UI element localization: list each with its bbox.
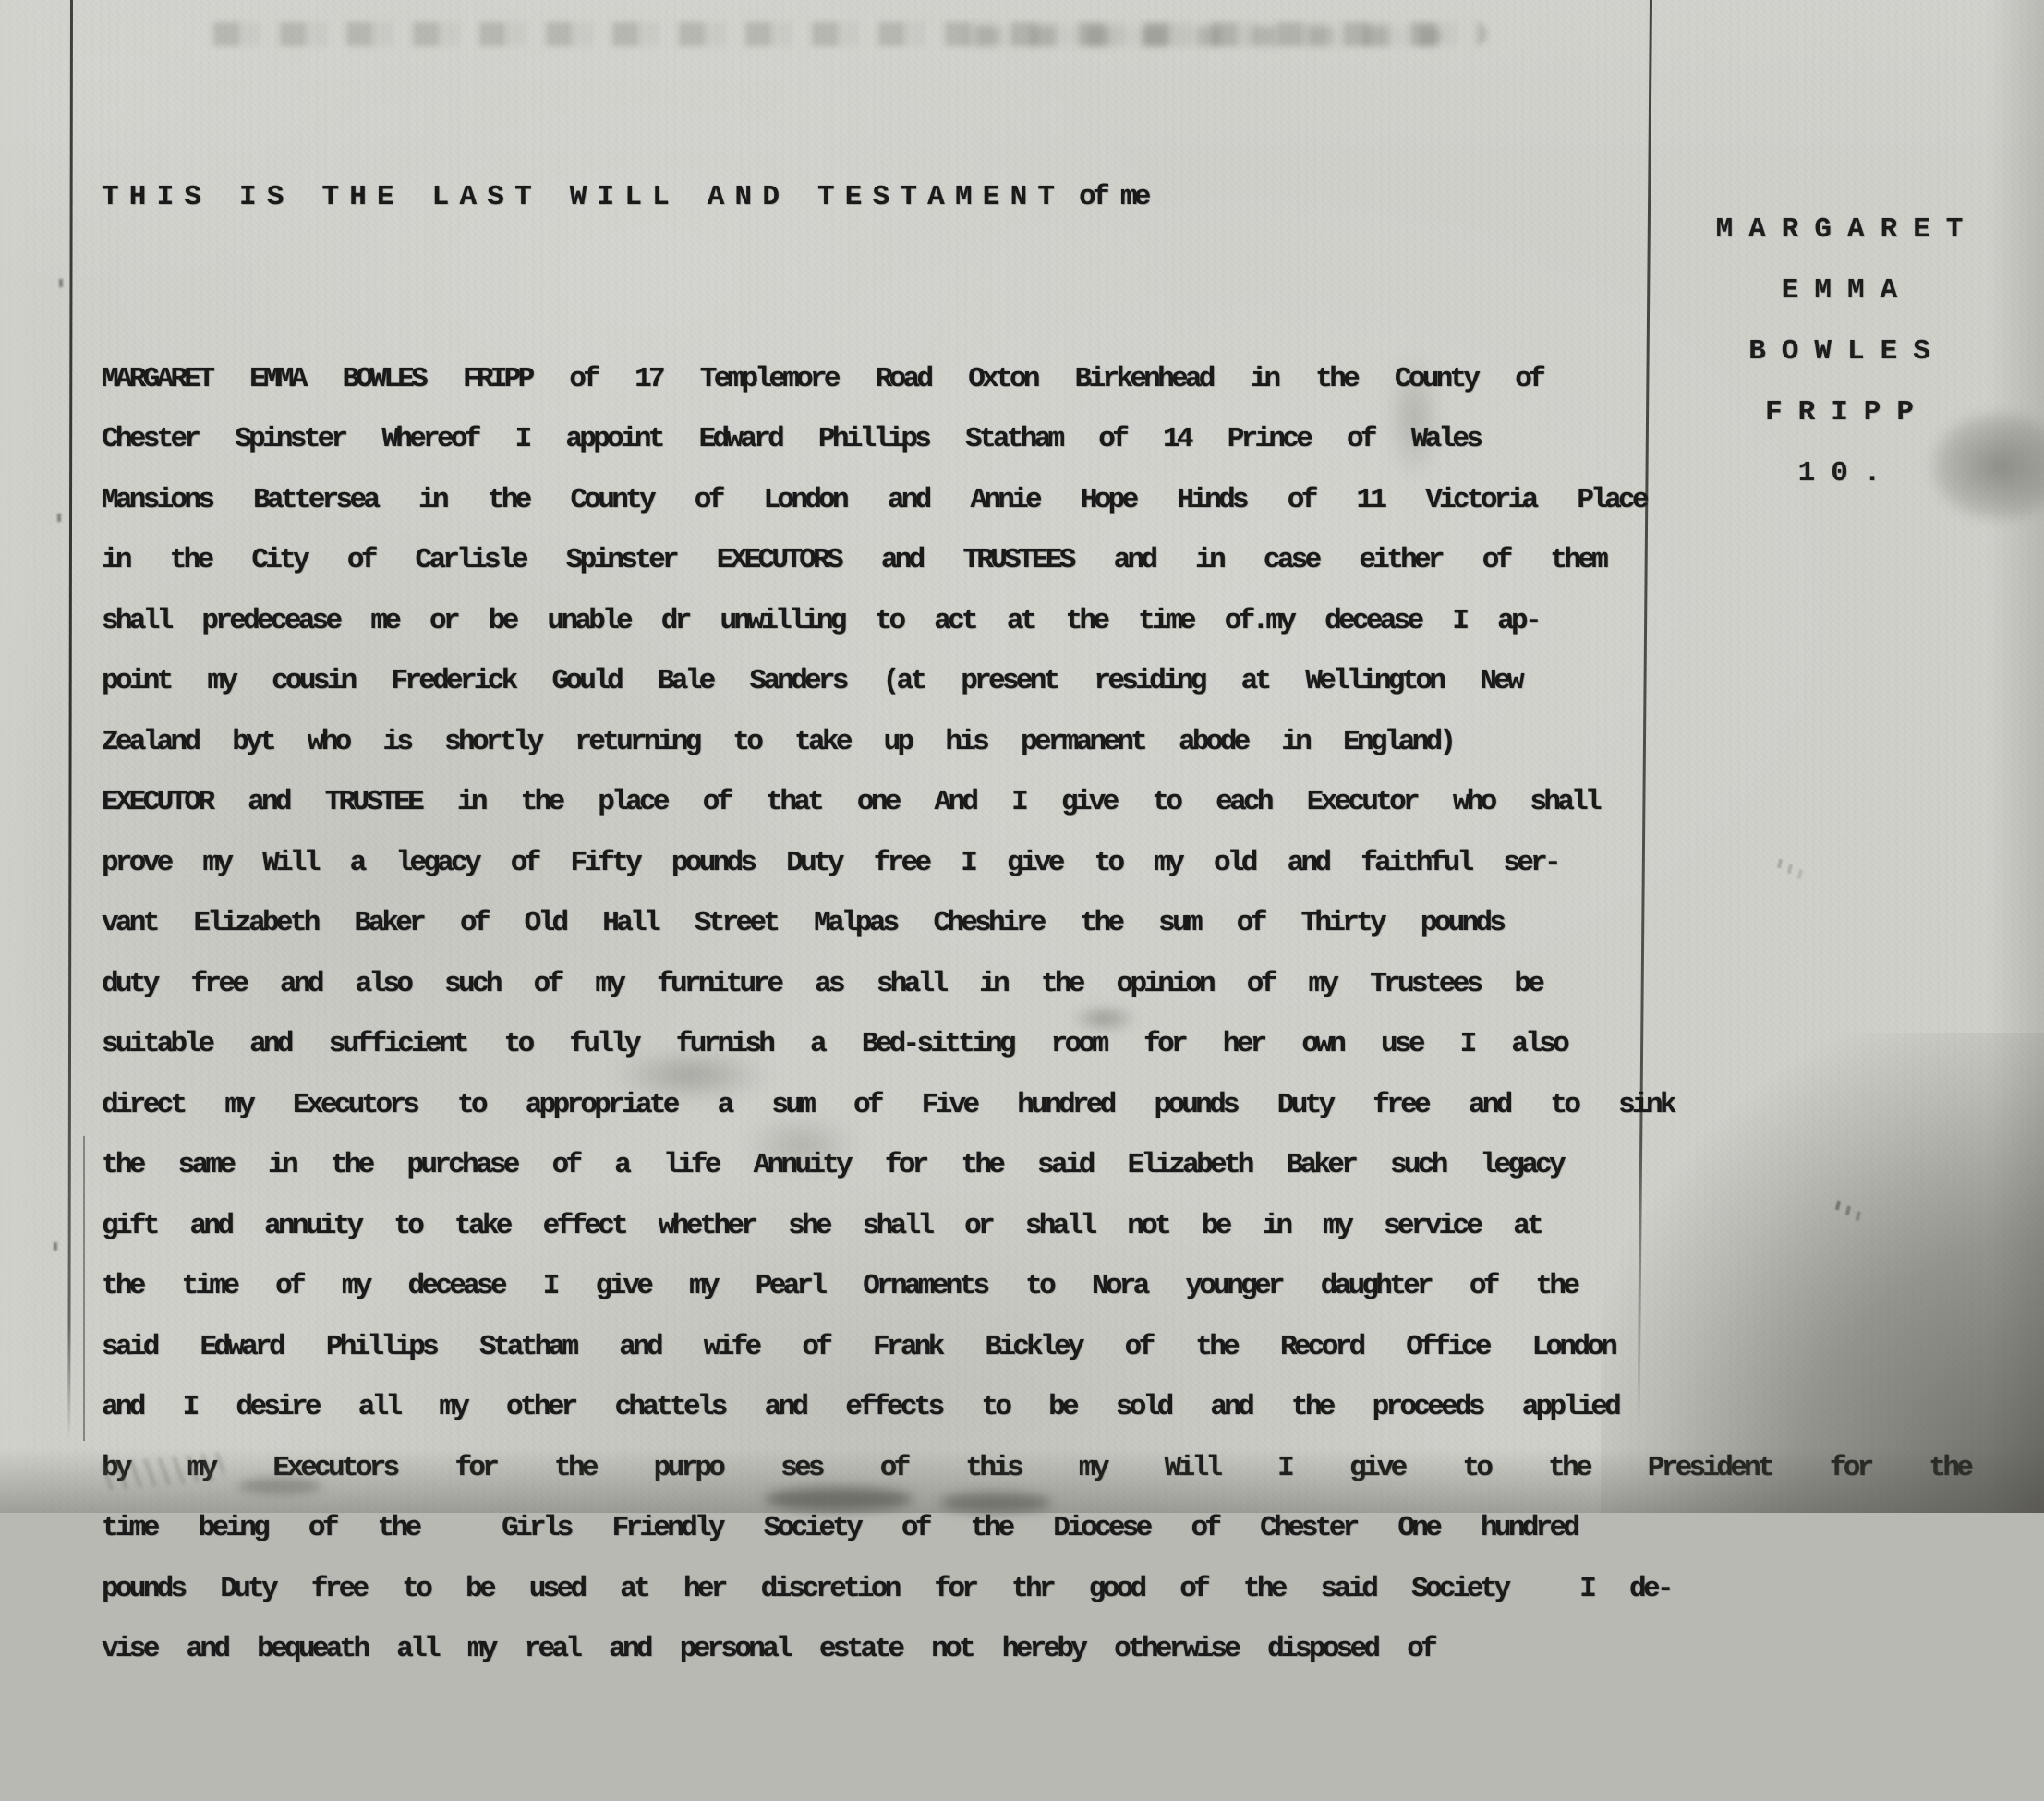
body-line: Zealand byt who is shortly returning to … [102, 712, 1764, 773]
margin-note-line: FRIPP [1704, 382, 1990, 443]
edge-speck [57, 514, 61, 522]
body-line: Chester Spinster Whereof I appoint Edwar… [102, 409, 1764, 470]
body-line: Mansions Battersea in the County of Lond… [102, 470, 1764, 531]
margin-note-line: 10. [1704, 443, 1990, 504]
margin-note-lines: MARGARETEMMABOWLESFRIPP10. [1704, 199, 1990, 504]
body-line: suitable and sufficient to fully furnish… [102, 1014, 1764, 1075]
left-margin-rule-secondary [83, 1136, 85, 1441]
page-left-edge [0, 0, 68, 1513]
body-line: direct my Executors to appropriate a sum… [102, 1075, 1764, 1136]
body-line: and I desire all my other chattels and e… [102, 1377, 1764, 1438]
ink-bleedthrough-band-dark [961, 26, 1441, 46]
edge-speck [59, 279, 63, 287]
margin-testator-name: MARGARETEMMABOWLESFRIPP10. [1704, 78, 1990, 626]
margin-note-line: MARGARET [1704, 199, 1990, 260]
body-line: by my Executors for the purpo ses of thi… [102, 1438, 1764, 1499]
margin-tick-marks [1777, 859, 1783, 869]
body-line: gift and annuity to take effect whether … [102, 1196, 1764, 1257]
body-line: shall predecease me or be unable dr unwi… [102, 591, 1764, 652]
body-line: time being of the Girls Friendly Society… [102, 1498, 1764, 1513]
scanned-will-page: T H I S I S T H E L A S T W I L L A N D … [0, 0, 2044, 1513]
left-margin-rule [67, 0, 73, 1439]
margin-note-line: BOWLES [1704, 321, 1990, 382]
body-line: prove my Will a legacy of Fifty pounds D… [102, 833, 1764, 894]
ink-bleedthrough-band [194, 22, 1487, 46]
margin-tick-marks [1835, 1201, 1841, 1211]
right-edge-shading [1989, 0, 2044, 1513]
edge-speck [54, 1242, 57, 1251]
body-line: vant Elizabeth Baker of Old Hall Street … [102, 893, 1764, 954]
will-body: MARGARET EMMA BOWLES FRIPP of 17 Templem… [102, 349, 1764, 1514]
will-text-block: T H I S I S T H E L A S T W I L L A N D … [102, 46, 1764, 1513]
body-line: the time of my decease I give my Pearl O… [102, 1256, 1764, 1317]
body-line: point my cousin Frederick Gould Bale San… [102, 651, 1764, 712]
body-line: said Edward Phillips Statham and wife of… [102, 1317, 1764, 1378]
body-line: duty free and also such of my furniture … [102, 954, 1764, 1015]
body-line: MARGARET EMMA BOWLES FRIPP of 17 Templem… [102, 349, 1764, 410]
body-line: the same in the purchase of a life Annui… [102, 1135, 1764, 1196]
body-line: in the City of Carlisle Spinster EXECUTO… [102, 530, 1764, 591]
margin-note-line: EMMA [1704, 260, 1990, 321]
will-heading: T H I S I S T H E L A S T W I L L A N D … [102, 167, 1764, 228]
body-line: EXECUTOR and TRUSTEE in the place of tha… [102, 772, 1764, 833]
